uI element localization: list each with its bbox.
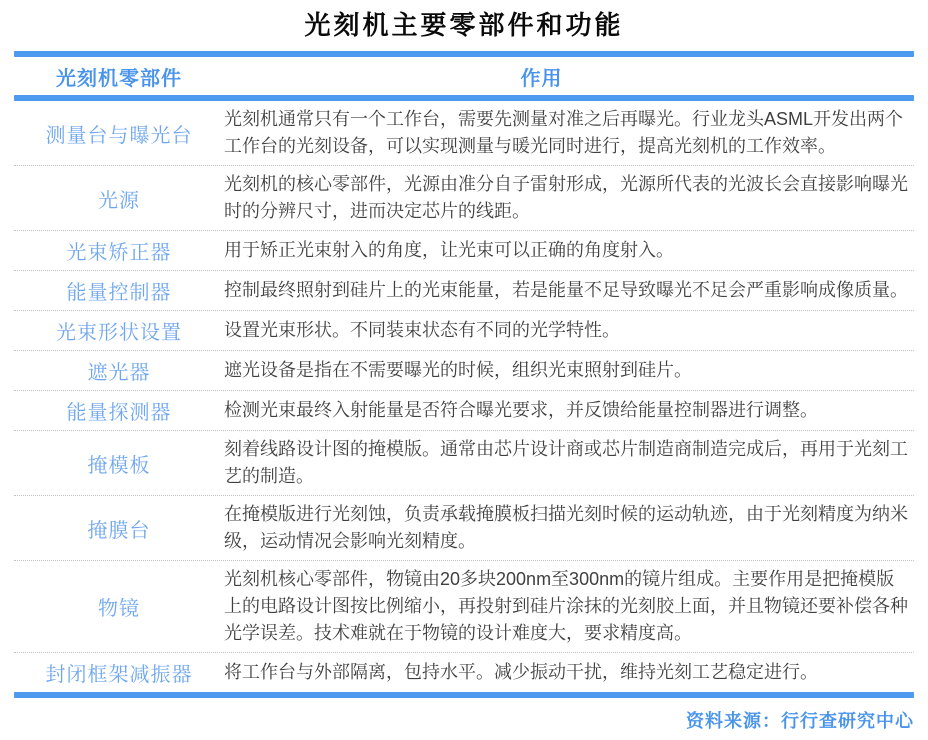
component-description: 光刻机核心零部件，物镜由20多块200nm至300nm的镜片组成。主要作用是把掩…	[224, 566, 914, 647]
table-row: 物镜 光刻机核心零部件，物镜由20多块200nm至300nm的镜片组成。主要作用…	[14, 561, 914, 653]
component-description: 光刻机的核心零部件，光源由准分自子雷射形成，光源所代表的光波长会直接影响曝光时的…	[224, 171, 914, 225]
table-row: 光束形状设置 设置光束形状。不同装束状态有不同的光学特性。	[14, 311, 914, 351]
table-row: 能量控制器 控制最终照射到硅片上的光束能量，若是能量不足导致曝光不足会严重影响成…	[14, 271, 914, 311]
component-name: 能量探测器	[14, 396, 224, 425]
table-row: 光源 光刻机的核心零部件，光源由准分自子雷射形成，光源所代表的光波长会直接影响曝…	[14, 166, 914, 231]
component-description: 在掩模版进行光刻蚀，负责承载掩膜板扫描光刻时候的运动轨迹，由于光刻精度为纳米级，…	[224, 501, 914, 555]
component-description: 检测光束最终入射能量是否符合曝光要求，并反馈给能量控制器进行调整。	[224, 397, 914, 424]
component-description: 设置光束形状。不同装束状态有不同的光学特性。	[224, 317, 914, 344]
table-body: 测量台与曝光台 光刻机通常只有一个工作台，需要先测量对准之后再曝光。行业龙头AS…	[14, 101, 914, 692]
component-name: 光束矫正器	[14, 236, 224, 265]
component-name: 封闭框架减振器	[14, 658, 224, 687]
component-name: 遮光器	[14, 356, 224, 385]
page: 光刻机主要零部件和功能 光刻机零部件 作用 测量台与曝光台 光刻机通常只有一个工…	[0, 0, 928, 740]
page-title: 光刻机主要零部件和功能	[0, 0, 928, 42]
component-description: 遮光设备是指在不需要曝光的时候，组织光束照射到硅片。	[224, 357, 914, 384]
table-row: 封闭框架减振器 将工作台与外部隔离，包持水平。减少振动干扰，维持光刻工艺稳定进行…	[14, 653, 914, 692]
table-row: 测量台与曝光台 光刻机通常只有一个工作台，需要先测量对准之后再曝光。行业龙头AS…	[14, 101, 914, 166]
table-row: 遮光器 遮光设备是指在不需要曝光的时候，组织光束照射到硅片。	[14, 351, 914, 391]
table-header-row: 光刻机零部件 作用	[14, 57, 914, 95]
component-description: 控制最终照射到硅片上的光束能量，若是能量不足导致曝光不足会严重影响成像质量。	[224, 277, 914, 304]
table-row: 掩膜台 在掩模版进行光刻蚀，负责承载掩膜板扫描光刻时候的运动轨迹，由于光刻精度为…	[14, 496, 914, 561]
component-name: 物镜	[14, 592, 224, 621]
component-description: 刻着线路设计图的掩模版。通常由芯片设计商或芯片制造商制造完成后，再用于光刻工艺的…	[224, 436, 914, 490]
component-name: 光源	[14, 184, 224, 213]
components-table: 光刻机零部件 作用 测量台与曝光台 光刻机通常只有一个工作台，需要先测量对准之后…	[14, 51, 914, 698]
table-row: 掩模板 刻着线路设计图的掩模版。通常由芯片设计商或芯片制造商制造完成后，再用于光…	[14, 431, 914, 496]
table-row: 能量探测器 检测光束最终入射能量是否符合曝光要求，并反馈给能量控制器进行调整。	[14, 391, 914, 431]
table-row: 光束矫正器 用于矫正光束射入的角度，让光束可以正确的角度射入。	[14, 231, 914, 271]
column-header-function: 作用	[224, 62, 914, 91]
component-description: 用于矫正光束射入的角度，让光束可以正确的角度射入。	[224, 237, 914, 264]
component-description: 光刻机通常只有一个工作台，需要先测量对准之后再曝光。行业龙头ASML开发出两个工…	[224, 106, 914, 160]
component-description: 将工作台与外部隔离，包持水平。减少振动干扰，维持光刻工艺稳定进行。	[224, 659, 914, 686]
component-name: 掩膜台	[14, 514, 224, 543]
component-name: 掩模板	[14, 449, 224, 478]
component-name: 光束形状设置	[14, 316, 224, 345]
component-name: 测量台与曝光台	[14, 119, 224, 148]
column-header-component: 光刻机零部件	[14, 62, 224, 91]
source-note: 资料来源：行行查研究中心	[14, 707, 914, 733]
table-bottom-bar	[14, 692, 914, 698]
component-name: 能量控制器	[14, 276, 224, 305]
